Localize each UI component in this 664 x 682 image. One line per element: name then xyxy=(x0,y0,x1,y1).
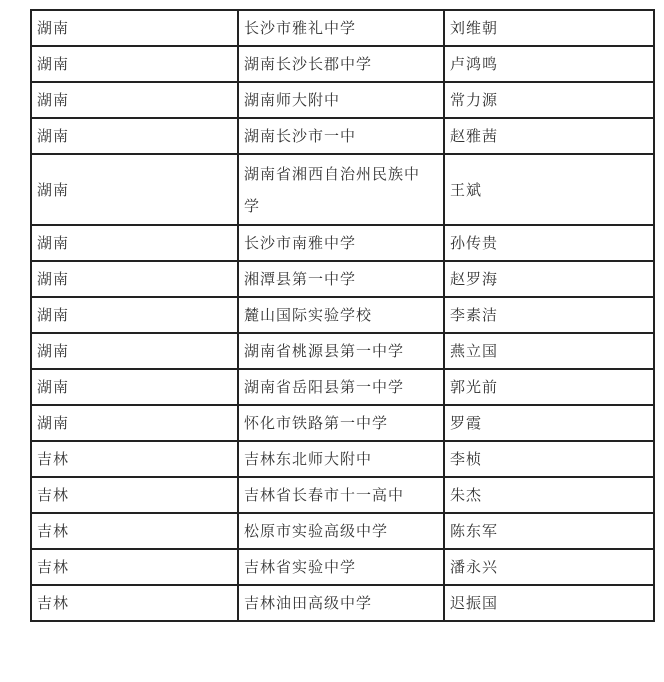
table-row: 吉林 吉林省实验中学 潘永兴 xyxy=(31,549,654,585)
school-cell: 湖南省桃源县第一中学 xyxy=(238,333,444,369)
person-name-cell: 赵罗海 xyxy=(444,261,654,297)
province-cell: 湖南 xyxy=(31,10,238,46)
person-name-cell: 赵雅茜 xyxy=(444,118,654,154)
table-row: 湖南 湖南省岳阳县第一中学 郭光前 xyxy=(31,369,654,405)
province-cell: 湖南 xyxy=(31,261,238,297)
school-cell: 湘潭县第一中学 xyxy=(238,261,444,297)
person-name-cell: 郭光前 xyxy=(444,369,654,405)
school-cell: 吉林省长春市十一高中 xyxy=(238,477,444,513)
province-cell: 湖南 xyxy=(31,118,238,154)
schools-table: 湖南 长沙市雅礼中学 刘维朝 湖南 湖南长沙长郡中学 卢鸿鸣 湖南 湖南师大附中… xyxy=(30,9,655,622)
table-row: 湖南 湖南长沙市一中 赵雅茜 xyxy=(31,118,654,154)
person-name-cell: 孙传贵 xyxy=(444,225,654,261)
school-cell: 松原市实验高级中学 xyxy=(238,513,444,549)
province-cell: 湖南 xyxy=(31,333,238,369)
table-row: 吉林 吉林省长春市十一高中 朱杰 xyxy=(31,477,654,513)
table-row: 吉林 吉林油田高级中学 迟振国 xyxy=(31,585,654,621)
province-cell: 吉林 xyxy=(31,477,238,513)
person-name-cell: 迟振国 xyxy=(444,585,654,621)
province-cell: 湖南 xyxy=(31,46,238,82)
school-cell: 吉林东北师大附中 xyxy=(238,441,444,477)
school-cell: 湖南省湘西自治州民族中学 xyxy=(238,154,444,225)
person-name-cell: 朱杰 xyxy=(444,477,654,513)
province-cell: 吉林 xyxy=(31,513,238,549)
person-name-cell: 李素洁 xyxy=(444,297,654,333)
school-cell: 湖南师大附中 xyxy=(238,82,444,118)
table-row: 吉林 松原市实验高级中学 陈东军 xyxy=(31,513,654,549)
table-row: 湖南 长沙市南雅中学 孙传贵 xyxy=(31,225,654,261)
person-name-cell: 燕立国 xyxy=(444,333,654,369)
province-cell: 吉林 xyxy=(31,441,238,477)
province-cell: 湖南 xyxy=(31,405,238,441)
person-name-cell: 王斌 xyxy=(444,154,654,225)
province-cell: 吉林 xyxy=(31,585,238,621)
person-name-cell: 陈东军 xyxy=(444,513,654,549)
province-cell: 吉林 xyxy=(31,549,238,585)
school-cell: 长沙市南雅中学 xyxy=(238,225,444,261)
table-row: 湖南 怀化市铁路第一中学 罗霞 xyxy=(31,405,654,441)
table-row: 湖南 麓山国际实验学校 李素洁 xyxy=(31,297,654,333)
person-name-cell: 潘永兴 xyxy=(444,549,654,585)
person-name-cell: 常力源 xyxy=(444,82,654,118)
school-cell: 怀化市铁路第一中学 xyxy=(238,405,444,441)
table-row: 吉林 吉林东北师大附中 李桢 xyxy=(31,441,654,477)
school-cell: 长沙市雅礼中学 xyxy=(238,10,444,46)
school-cell: 湖南长沙市一中 xyxy=(238,118,444,154)
province-cell: 湖南 xyxy=(31,225,238,261)
table-row: 湖南 湘潭县第一中学 赵罗海 xyxy=(31,261,654,297)
table-row: 湖南 湖南省桃源县第一中学 燕立国 xyxy=(31,333,654,369)
school-cell: 吉林油田高级中学 xyxy=(238,585,444,621)
school-cell: 湖南长沙长郡中学 xyxy=(238,46,444,82)
province-cell: 湖南 xyxy=(31,154,238,225)
table-row: 湖南 湖南长沙长郡中学 卢鸿鸣 xyxy=(31,46,654,82)
person-name-cell: 刘维朝 xyxy=(444,10,654,46)
table-row: 湖南 长沙市雅礼中学 刘维朝 xyxy=(31,10,654,46)
person-name-cell: 卢鸿鸣 xyxy=(444,46,654,82)
person-name-cell: 罗霞 xyxy=(444,405,654,441)
person-name-cell: 李桢 xyxy=(444,441,654,477)
school-cell: 吉林省实验中学 xyxy=(238,549,444,585)
table-row: 湖南 湖南省湘西自治州民族中学 王斌 xyxy=(31,154,654,225)
province-cell: 湖南 xyxy=(31,82,238,118)
table-row: 湖南 湖南师大附中 常力源 xyxy=(31,82,654,118)
province-cell: 湖南 xyxy=(31,369,238,405)
school-cell: 麓山国际实验学校 xyxy=(238,297,444,333)
province-cell: 湖南 xyxy=(31,297,238,333)
school-cell: 湖南省岳阳县第一中学 xyxy=(238,369,444,405)
